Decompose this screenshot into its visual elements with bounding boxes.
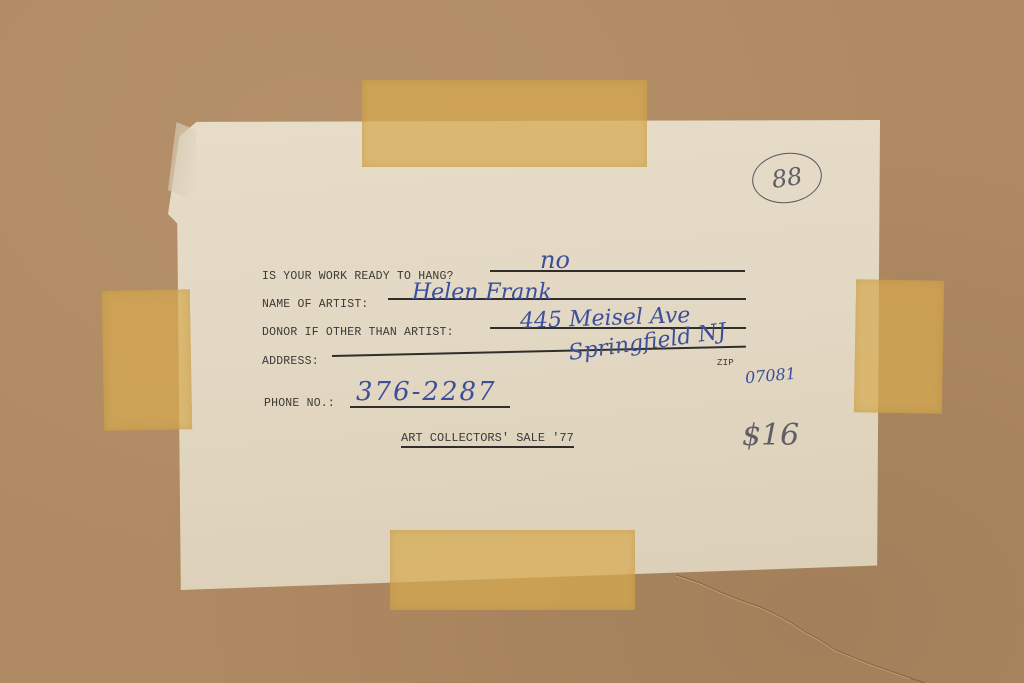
field-label-artist-name: NAME OF ARTIST: <box>262 298 369 311</box>
masking-tape-bottom <box>390 530 635 610</box>
price-mark: $16 <box>742 418 799 453</box>
masking-tape-left <box>102 289 192 431</box>
field-line-ready-to-hang <box>490 270 745 272</box>
folded-corner <box>168 122 196 202</box>
field-value-phone: 376-2287 <box>356 377 497 407</box>
field-value-artist-name: Helen Frank <box>412 280 552 305</box>
field-value-ready-to-hang: no <box>540 246 570 274</box>
masking-tape-right <box>854 279 944 414</box>
field-label-zip: ZIP <box>717 358 734 368</box>
field-label-address: ADDRESS: <box>262 355 319 368</box>
field-label-phone: PHONE NO.: <box>264 397 335 410</box>
sale-title: ART COLLECTORS' SALE '77 <box>401 431 574 448</box>
masking-tape-top <box>362 80 647 167</box>
field-label-donor: DONOR IF OTHER THAN ARTIST: <box>262 326 454 339</box>
catalog-number: 88 <box>770 162 804 194</box>
